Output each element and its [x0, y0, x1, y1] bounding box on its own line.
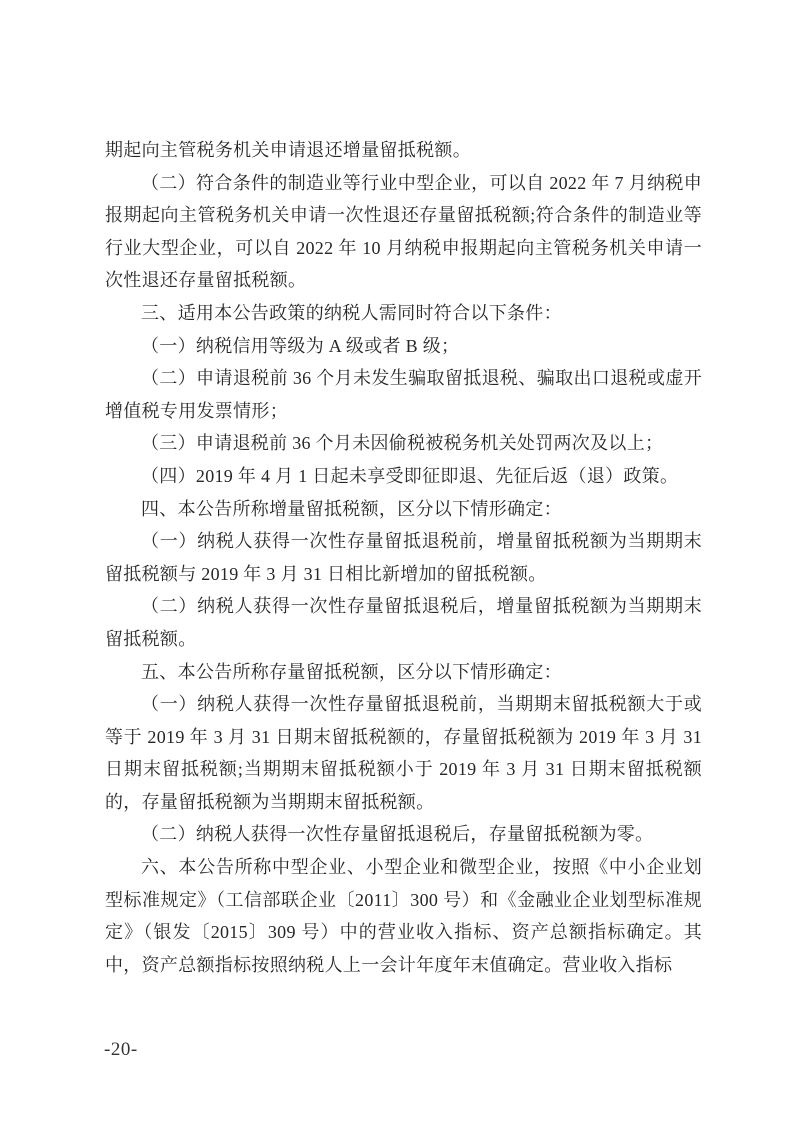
paragraph: （二）纳税人获得一次性存量留抵退税后，增量留抵税额为当期期末留抵税额。 — [105, 590, 702, 655]
document-page: 期起向主管税务机关申请退还增量留抵税额。 （二）符合条件的制造业等行业中型企业，… — [0, 0, 793, 1122]
paragraph: （二）纳税人获得一次性存量留抵退税后，存量留抵税额为零。 — [105, 818, 702, 851]
paragraph: 五、本公告所称存量留抵税额，区分以下情形确定： — [105, 656, 702, 689]
paragraph: （三）申请退税前 36 个月未因偷税被税务机关处罚两次及以上； — [105, 427, 702, 460]
document-body: 期起向主管税务机关申请退还增量留抵税额。 （二）符合条件的制造业等行业中型企业，… — [105, 134, 702, 981]
paragraph: （一）纳税人获得一次性存量留抵退税前，当期期末留抵税额大于或等于 2019 年 … — [105, 688, 702, 818]
paragraph: 四、本公告所称增量留抵税额，区分以下情形确定： — [105, 493, 702, 526]
paragraph: （四）2019 年 4 月 1 日起未享受即征即退、先征后返（退）政策。 — [105, 460, 702, 493]
paragraph: 六、本公告所称中型企业、小型企业和微型企业，按照《中小企业划型标准规定》（工信部… — [105, 851, 702, 981]
page-number: -20- — [104, 1036, 138, 1064]
paragraph: （二）申请退税前 36 个月未发生骗取留抵退税、骗取出口退税或虚开增值税专用发票… — [105, 362, 702, 427]
paragraph: （一）纳税人获得一次性存量留抵退税前，增量留抵税额为当期期末留抵税额与 2019… — [105, 525, 702, 590]
paragraph: （一）纳税信用等级为 A 级或者 B 级； — [105, 330, 702, 363]
paragraph: 期起向主管税务机关申请退还增量留抵税额。 — [105, 134, 702, 167]
paragraph: （二）符合条件的制造业等行业中型企业，可以自 2022 年 7 月纳税申报期起向… — [105, 167, 702, 297]
paragraph: 三、适用本公告政策的纳税人需同时符合以下条件： — [105, 297, 702, 330]
